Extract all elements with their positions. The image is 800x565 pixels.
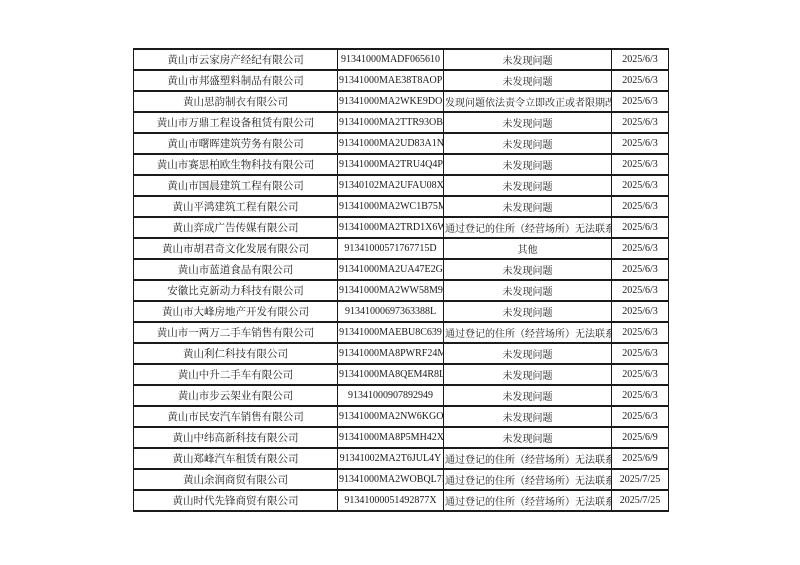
inspection-result-cell: 通过登记的住所（经营场所）无法联系 bbox=[444, 322, 612, 343]
credit-code-cell: 91341000MA2NW6KGOD bbox=[338, 406, 444, 427]
table-row: 黄山市一两万二手车销售有限公司91341000MAEBU8C639通过登记的住所… bbox=[134, 322, 669, 343]
credit-code-cell: 91341000MA2WKE9DO5 bbox=[338, 91, 444, 112]
date-cell: 2025/6/3 bbox=[612, 217, 669, 238]
document-page: 黄山市云家房产经纪有限公司91341000MADF065610未发现问题2025… bbox=[0, 0, 800, 565]
inspection-result-cell: 未发现问题 bbox=[444, 259, 612, 280]
date-cell: 2025/6/3 bbox=[612, 364, 669, 385]
company-name-cell: 黄山市赛思柏欧生物科技有限公司 bbox=[134, 154, 338, 175]
table-row: 黄山中纬高新科技有限公司91341000MA8P5MH42X未发现问题2025/… bbox=[134, 427, 669, 448]
date-cell: 2025/7/25 bbox=[612, 469, 669, 490]
company-name-cell: 黄山市万鼎工程设备租赁有限公司 bbox=[134, 112, 338, 133]
company-name-cell: 黄山中升二手车有限公司 bbox=[134, 364, 338, 385]
credit-code-cell: 91340102MA2UFAU08X bbox=[338, 175, 444, 196]
company-name-cell: 黄山市国晨建筑工程有限公司 bbox=[134, 175, 338, 196]
inspection-result-cell: 发现问题依法责令立即改正或者限期改正 bbox=[444, 91, 612, 112]
inspection-result-cell: 未发现问题 bbox=[444, 112, 612, 133]
table-row: 黄山时代先锋商贸有限公司91341000051492877X通过登记的住所（经营… bbox=[134, 490, 669, 511]
company-name-cell: 黄山思韵制衣有限公司 bbox=[134, 91, 338, 112]
inspection-result-cell: 未发现问题 bbox=[444, 385, 612, 406]
inspection-result-cell: 未发现问题 bbox=[444, 280, 612, 301]
credit-code-cell: 91341000MA2WW58M98 bbox=[338, 280, 444, 301]
inspection-result-cell: 通过登记的住所（经营场所）无法联系 bbox=[444, 490, 612, 511]
table-row: 安徽比克新动力科技有限公司91341000MA2WW58M98未发现问题2025… bbox=[134, 280, 669, 301]
table-row: 黄山市邦盛塑料制品有限公司91341000MAE38T8AOP未发现问题2025… bbox=[134, 70, 669, 91]
table-row: 黄山市大峰房地产开发有限公司91341000697363388L未发现问题202… bbox=[134, 301, 669, 322]
inspection-result-cell: 未发现问题 bbox=[444, 154, 612, 175]
inspection-result-cell: 未发现问题 bbox=[444, 406, 612, 427]
company-name-cell: 黄山利仁科技有限公司 bbox=[134, 343, 338, 364]
table-row: 黄山市步云架业有限公司91341000907892949未发现问题2025/6/… bbox=[134, 385, 669, 406]
inspection-result-cell: 未发现问题 bbox=[444, 343, 612, 364]
table-row: 黄山市赛思柏欧生物科技有限公司91341000MA2TRU4Q4P未发现问题20… bbox=[134, 154, 669, 175]
table-row: 黄山市万鼎工程设备租赁有限公司91341000MA2TTR93OB未发现问题20… bbox=[134, 112, 669, 133]
table-row: 黄山市蓝道食品有限公司91341000MA2UA47E2G未发现问题2025/6… bbox=[134, 259, 669, 280]
date-cell: 2025/6/3 bbox=[612, 322, 669, 343]
date-cell: 2025/6/3 bbox=[612, 259, 669, 280]
date-cell: 2025/6/3 bbox=[612, 238, 669, 259]
date-cell: 2025/6/3 bbox=[612, 406, 669, 427]
date-cell: 2025/6/3 bbox=[612, 196, 669, 217]
inspection-result-cell: 未发现问题 bbox=[444, 196, 612, 217]
credit-code-cell: 91341000MADF065610 bbox=[338, 49, 444, 70]
inspection-result-cell: 未发现问题 bbox=[444, 301, 612, 322]
table-body: 黄山市云家房产经纪有限公司91341000MADF065610未发现问题2025… bbox=[134, 49, 669, 511]
table-row: 黄山中升二手车有限公司91341000MA8QEM4R8L未发现问题2025/6… bbox=[134, 364, 669, 385]
credit-code-cell: 91341000697363388L bbox=[338, 301, 444, 322]
date-cell: 2025/6/3 bbox=[612, 70, 669, 91]
date-cell: 2025/6/3 bbox=[612, 175, 669, 196]
company-name-cell: 黄山市一两万二手车销售有限公司 bbox=[134, 322, 338, 343]
date-cell: 2025/6/3 bbox=[612, 133, 669, 154]
company-name-cell: 黄山市邦盛塑料制品有限公司 bbox=[134, 70, 338, 91]
table-row: 黄山利仁科技有限公司91341000MA8PWRF24M未发现问题2025/6/… bbox=[134, 343, 669, 364]
table-row: 黄山郑峰汽车租赁有限公司91341002MA2T6JUL4Y通过登记的住所（经营… bbox=[134, 448, 669, 469]
inspection-result-cell: 通过登记的住所（经营场所）无法联系 bbox=[444, 469, 612, 490]
credit-code-cell: 91341000MAE38T8AOP bbox=[338, 70, 444, 91]
date-cell: 2025/6/3 bbox=[612, 301, 669, 322]
credit-code-cell: 91341000MA8P5MH42X bbox=[338, 427, 444, 448]
date-cell: 2025/6/3 bbox=[612, 112, 669, 133]
credit-code-cell: 91341000907892949 bbox=[338, 385, 444, 406]
credit-code-cell: 91341000MA2TRU4Q4P bbox=[338, 154, 444, 175]
date-cell: 2025/6/9 bbox=[612, 448, 669, 469]
credit-code-cell: 91341000MAEBU8C639 bbox=[338, 322, 444, 343]
company-name-cell: 黄山市云家房产经纪有限公司 bbox=[134, 49, 338, 70]
company-name-cell: 黄山郑峰汽车租赁有限公司 bbox=[134, 448, 338, 469]
table-row: 黄山弈成广告传媒有限公司91341000MA2TRD1X6W通过登记的住所（经营… bbox=[134, 217, 669, 238]
inspection-result-cell: 未发现问题 bbox=[444, 133, 612, 154]
credit-code-cell: 91341000MA2TTR93OB bbox=[338, 112, 444, 133]
credit-code-cell: 91341000571767715D bbox=[338, 238, 444, 259]
date-cell: 2025/6/3 bbox=[612, 280, 669, 301]
table-row: 黄山市云家房产经纪有限公司91341000MADF065610未发现问题2025… bbox=[134, 49, 669, 70]
company-name-cell: 黄山平鸿建筑工程有限公司 bbox=[134, 196, 338, 217]
date-cell: 2025/7/25 bbox=[612, 490, 669, 511]
credit-code-cell: 91341000MA2WOBQL7E bbox=[338, 469, 444, 490]
table-row: 黄山市国晨建筑工程有限公司91340102MA2UFAU08X未发现问题2025… bbox=[134, 175, 669, 196]
inspection-result-cell: 未发现问题 bbox=[444, 175, 612, 196]
company-name-cell: 黄山市曙晖建筑劳务有限公司 bbox=[134, 133, 338, 154]
credit-code-cell: 91341000051492877X bbox=[338, 490, 444, 511]
date-cell: 2025/6/3 bbox=[612, 385, 669, 406]
company-name-cell: 黄山市胡君奇文化发展有限公司 bbox=[134, 238, 338, 259]
table-row: 黄山市民安汽车销售有限公司91341000MA2NW6KGOD未发现问题2025… bbox=[134, 406, 669, 427]
date-cell: 2025/6/3 bbox=[612, 343, 669, 364]
credit-code-cell: 91341002MA2T6JUL4Y bbox=[338, 448, 444, 469]
credit-code-cell: 91341000MA2UD83A1N bbox=[338, 133, 444, 154]
inspection-result-cell: 未发现问题 bbox=[444, 49, 612, 70]
credit-code-cell: 91341000MA2WC1B75M bbox=[338, 196, 444, 217]
company-name-cell: 黄山市步云架业有限公司 bbox=[134, 385, 338, 406]
date-cell: 2025/6/9 bbox=[612, 427, 669, 448]
company-name-cell: 黄山弈成广告传媒有限公司 bbox=[134, 217, 338, 238]
table-row: 黄山市曙晖建筑劳务有限公司91341000MA2UD83A1N未发现问题2025… bbox=[134, 133, 669, 154]
inspection-result-cell: 其他 bbox=[444, 238, 612, 259]
inspection-results-table: 黄山市云家房产经纪有限公司91341000MADF065610未发现问题2025… bbox=[133, 48, 669, 512]
company-name-cell: 黄山市民安汽车销售有限公司 bbox=[134, 406, 338, 427]
credit-code-cell: 91341000MA2UA47E2G bbox=[338, 259, 444, 280]
company-name-cell: 黄山市大峰房地产开发有限公司 bbox=[134, 301, 338, 322]
company-name-cell: 黄山时代先锋商贸有限公司 bbox=[134, 490, 338, 511]
inspection-result-cell: 通过登记的住所（经营场所）无法联系 bbox=[444, 217, 612, 238]
credit-code-cell: 91341000MA2TRD1X6W bbox=[338, 217, 444, 238]
table-row: 黄山余润商贸有限公司91341000MA2WOBQL7E通过登记的住所（经营场所… bbox=[134, 469, 669, 490]
inspection-result-cell: 未发现问题 bbox=[444, 427, 612, 448]
table-row: 黄山思韵制衣有限公司91341000MA2WKE9DO5发现问题依法责令立即改正… bbox=[134, 91, 669, 112]
table-row: 黄山市胡君奇文化发展有限公司91341000571767715D其他2025/6… bbox=[134, 238, 669, 259]
table-row: 黄山平鸿建筑工程有限公司91341000MA2WC1B75M未发现问题2025/… bbox=[134, 196, 669, 217]
inspection-result-cell: 未发现问题 bbox=[444, 70, 612, 91]
company-name-cell: 黄山市蓝道食品有限公司 bbox=[134, 259, 338, 280]
date-cell: 2025/6/3 bbox=[612, 91, 669, 112]
inspection-result-cell: 未发现问题 bbox=[444, 364, 612, 385]
date-cell: 2025/6/3 bbox=[612, 154, 669, 175]
company-name-cell: 黄山中纬高新科技有限公司 bbox=[134, 427, 338, 448]
inspection-result-cell: 通过登记的住所（经营场所）无法联系 bbox=[444, 448, 612, 469]
company-name-cell: 安徽比克新动力科技有限公司 bbox=[134, 280, 338, 301]
company-name-cell: 黄山余润商贸有限公司 bbox=[134, 469, 338, 490]
date-cell: 2025/6/3 bbox=[612, 49, 669, 70]
credit-code-cell: 91341000MA8PWRF24M bbox=[338, 343, 444, 364]
credit-code-cell: 91341000MA8QEM4R8L bbox=[338, 364, 444, 385]
